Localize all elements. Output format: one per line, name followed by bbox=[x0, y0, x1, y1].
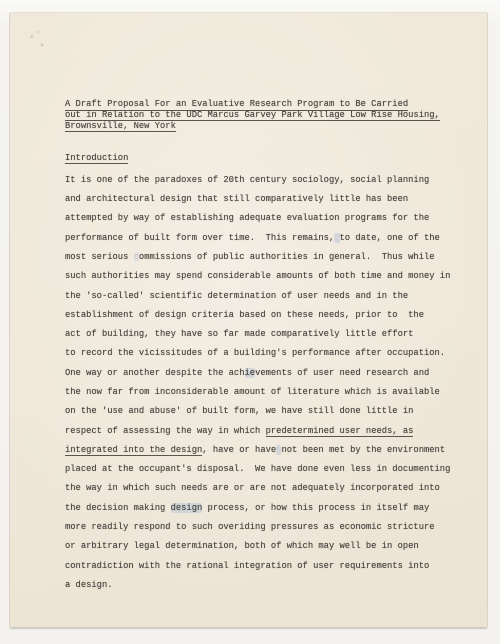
text-line: to record the vicissitudes of a building… bbox=[65, 344, 465, 363]
text-line: act of building, they have so far made c… bbox=[65, 325, 465, 344]
text-line: and architectural design that still comp… bbox=[65, 190, 465, 209]
text-line: attempted by way of establishing adequat… bbox=[65, 209, 465, 228]
text-line: establishment of design criteria based o… bbox=[65, 306, 465, 325]
text-line: Brownsville, New York bbox=[65, 121, 465, 132]
text-line: It is one of the paradoxes of 20th centu… bbox=[65, 171, 465, 190]
text-line: integrated into the design, have or have… bbox=[65, 441, 465, 460]
paper-sheet: A Draft Proposal For an Evaluative Resea… bbox=[10, 13, 487, 627]
text-line: contradiction with the rational integrat… bbox=[65, 557, 465, 576]
text-line: such authorities may spend considerable … bbox=[65, 267, 465, 286]
document-title: A Draft Proposal For an Evaluative Resea… bbox=[65, 99, 465, 132]
text-line: the decision making design process, or h… bbox=[65, 499, 465, 518]
text-line: respect of assessing the way in which pr… bbox=[65, 422, 465, 441]
pencil-smudge bbox=[24, 27, 50, 51]
text-line: the way in which such needs are or are n… bbox=[65, 479, 465, 498]
text-line: the 'so-called' scientific determination… bbox=[65, 287, 465, 306]
text-line: the now far from inconsiderable amount o… bbox=[65, 383, 465, 402]
text-line: a design. bbox=[65, 576, 465, 595]
text-line: placed at the occupant's disposal. We ha… bbox=[65, 460, 465, 479]
text-line: on the 'use and abuse' of built form, we… bbox=[65, 402, 465, 421]
text-line: out in Relation to the UDC Marcus Garvey… bbox=[65, 110, 465, 121]
introduction-paragraph: It is one of the paradoxes of 20th centu… bbox=[65, 171, 465, 596]
text-line: A Draft Proposal For an Evaluative Resea… bbox=[65, 99, 465, 110]
scanned-document: A Draft Proposal For an Evaluative Resea… bbox=[0, 0, 500, 644]
text-line: performance of built form over time. Thi… bbox=[65, 229, 465, 248]
section-heading-introduction: Introduction bbox=[65, 153, 465, 164]
text-line: One way or another despite the achieveme… bbox=[65, 364, 465, 383]
text-line: Introduction bbox=[65, 153, 465, 164]
typewritten-content: A Draft Proposal For an Evaluative Resea… bbox=[65, 99, 465, 595]
text-line: or arbitrary legal determination, both o… bbox=[65, 537, 465, 556]
text-line: most serious commissions of public autho… bbox=[65, 248, 465, 267]
text-line: more readily respond to such overiding p… bbox=[65, 518, 465, 537]
